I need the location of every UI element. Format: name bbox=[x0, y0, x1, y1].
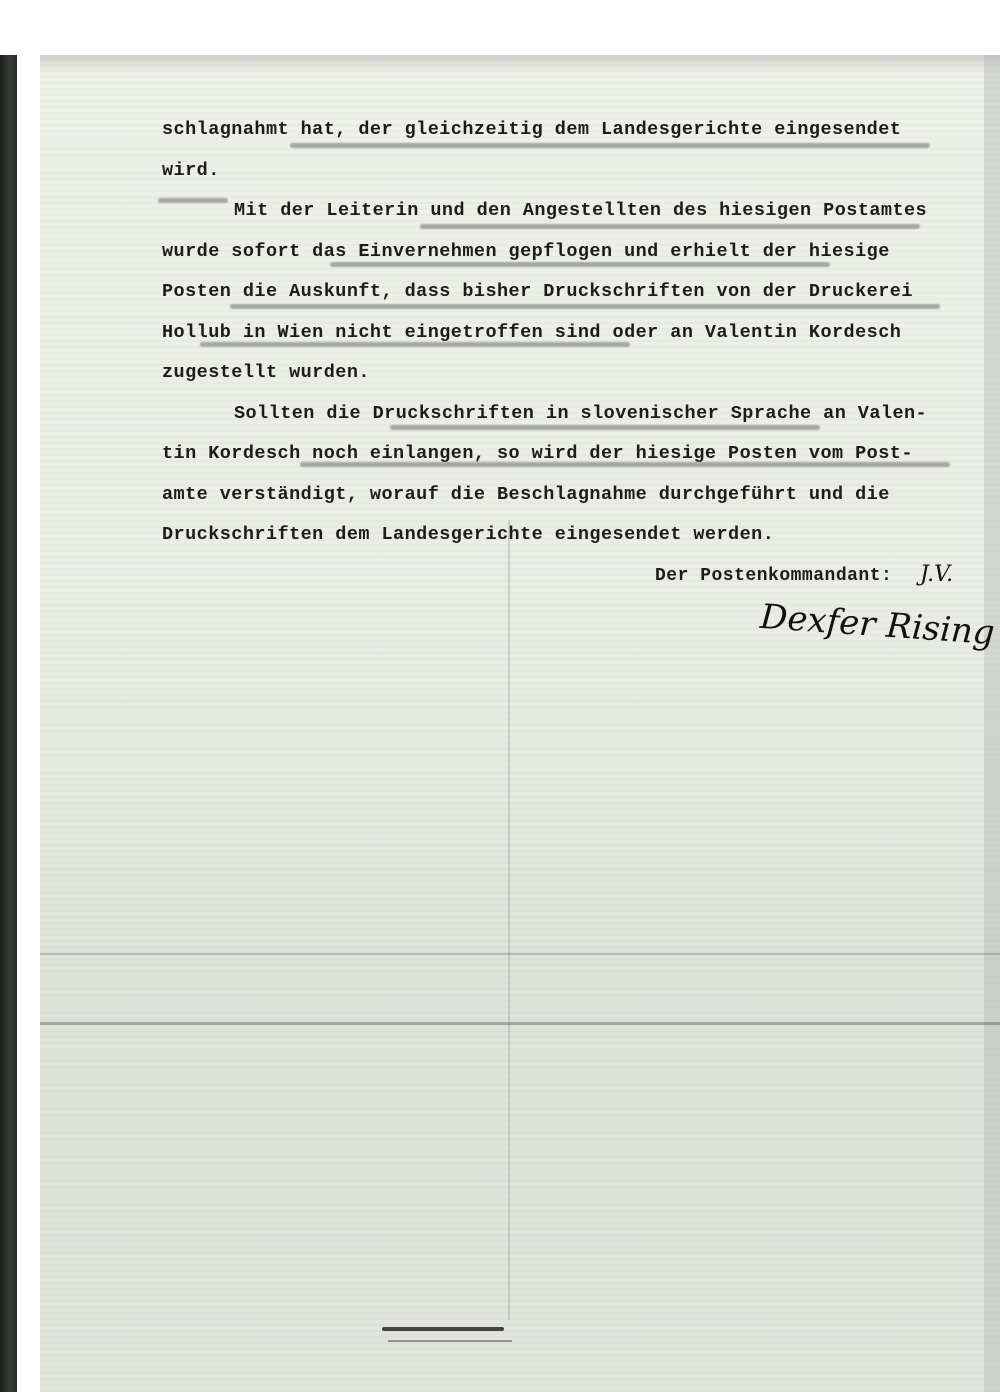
typewritten-body: schlagnahmt hat, der gleichzeitig dem La… bbox=[162, 110, 962, 556]
text-line: Druckschriften dem Landesgerichte einges… bbox=[162, 515, 962, 556]
pencil-underline bbox=[390, 425, 820, 430]
scan-left-border bbox=[0, 55, 17, 1392]
signature-initials: J.V. bbox=[920, 562, 953, 587]
pencil-underline bbox=[200, 342, 630, 347]
text-line: tin Kordesch noch einlangen, so wird der… bbox=[162, 434, 962, 475]
pencil-mark bbox=[382, 1327, 504, 1331]
horizontal-fold-line bbox=[40, 1022, 1000, 1025]
text-line: zugestellt wurden. bbox=[162, 353, 962, 394]
pencil-underline bbox=[158, 198, 228, 203]
pencil-mark bbox=[388, 1340, 512, 1342]
pencil-underline bbox=[300, 462, 950, 467]
pencil-underline bbox=[290, 143, 930, 148]
pencil-underline bbox=[420, 224, 920, 229]
pencil-underline bbox=[330, 262, 830, 267]
vertical-fold-line bbox=[508, 520, 510, 1320]
signature-label: Der Postenkommandant: bbox=[655, 566, 892, 586]
pencil-underline bbox=[230, 304, 940, 309]
scan-right-edge bbox=[984, 55, 1000, 1392]
text-line: wird. bbox=[162, 151, 962, 192]
horizontal-fold-line bbox=[40, 953, 1000, 955]
text-line: amte verständigt, worauf die Beschlagnah… bbox=[162, 475, 962, 516]
